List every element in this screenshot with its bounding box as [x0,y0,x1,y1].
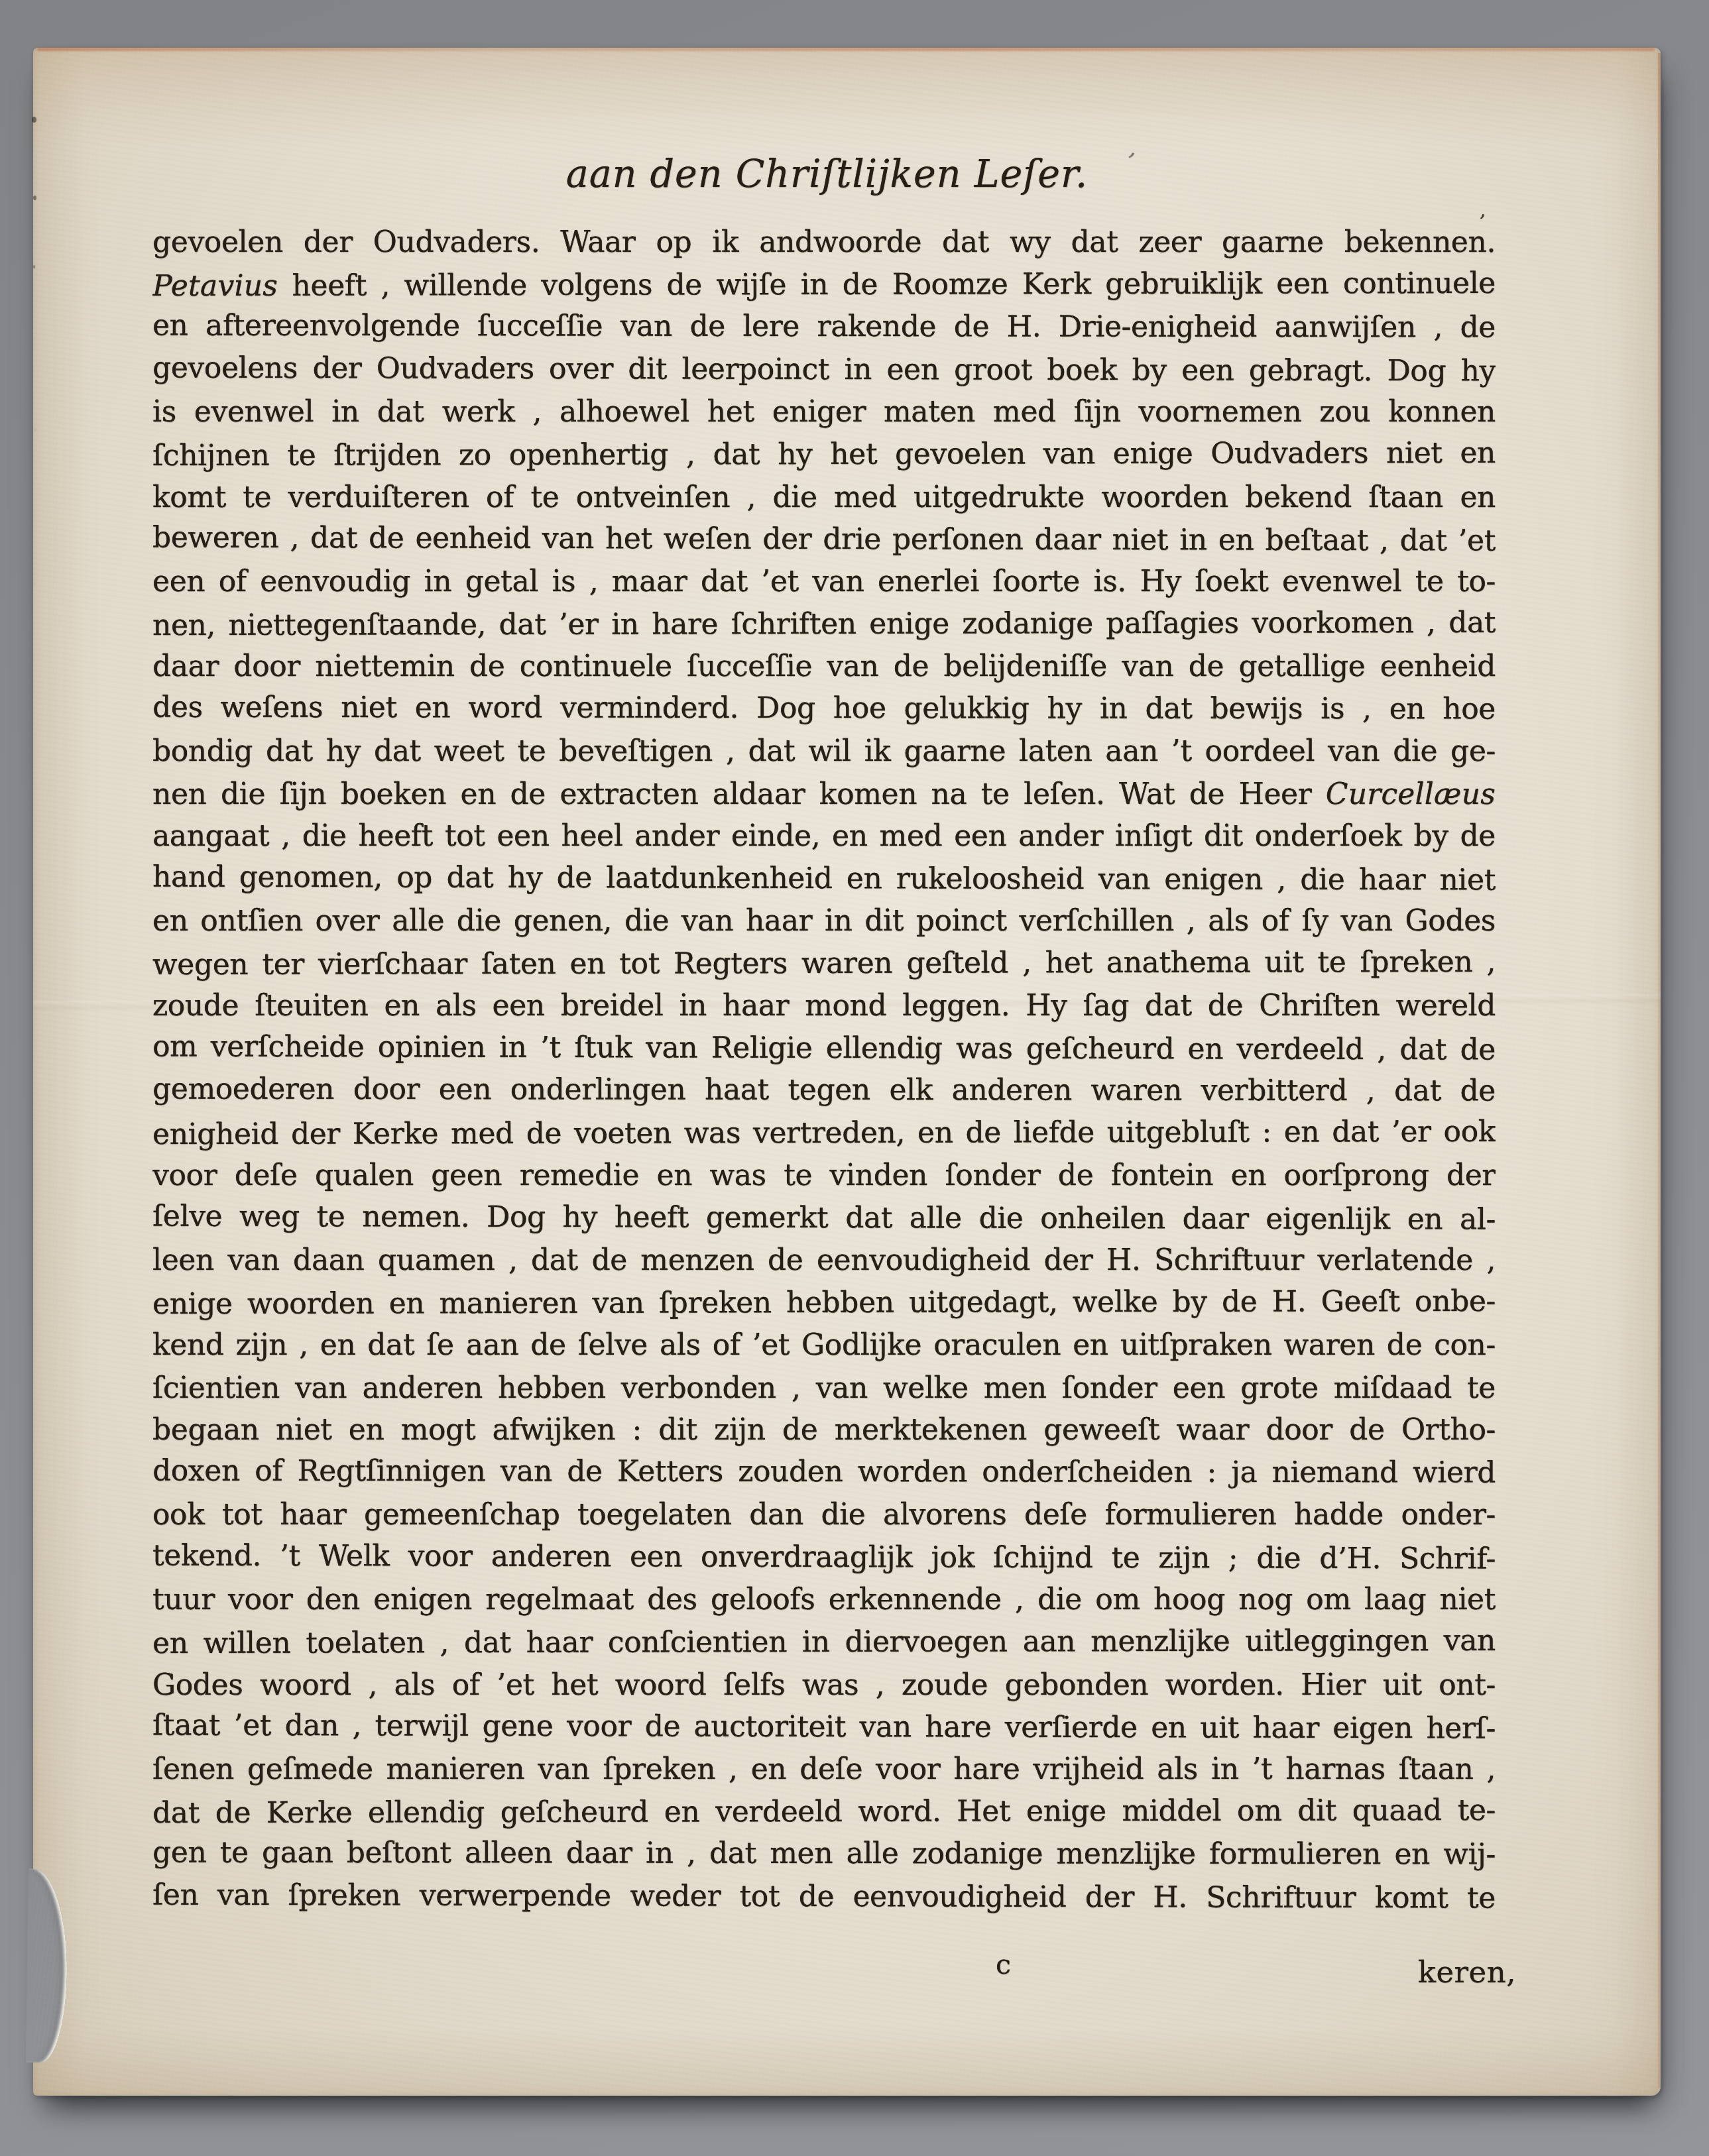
text-line: nen, niettegenſtaande, dat ’er in hare ſ… [152,602,1496,647]
text-line: voor deſe qualen geen remedie en was te … [152,1155,1496,1197]
text-block: gevoelen der Oudvaders. Waar op ik andwo… [152,221,1496,1918]
book-page: aan den Chriſtlijken Leſer.’ gevoelen de… [33,48,1661,2096]
page-footer: c keren, [33,1941,1661,1987]
text-line: bondig dat hy dat weet te beveſtigen , d… [152,730,1496,773]
text-line: ſelve weg te nemen. Dog hy heeft gemerkt… [152,1196,1496,1241]
text-line: kend zijn , en dat ſe aan de ſelve als o… [152,1324,1496,1367]
header-ink-speck: ’ [1124,148,1137,175]
text-line: gevoelens der Oudvaders over dit leerpoi… [152,347,1496,393]
text-line: gevoelen der Oudvaders. Waar op ik andwo… [152,221,1496,264]
header-title: aan den Chriſtlijken Leſer. [566,152,1088,196]
text-line: nen die ſijn boeken en de extracten alda… [152,773,1496,816]
text-line: een of eenvoudig in getal is , maar dat … [152,561,1496,603]
running-header: aan den Chriſtlijken Leſer.’ [13,152,1641,196]
text-line: ook tot haar gemeenſchap toegelaten dan … [152,1494,1496,1536]
text-line: enige woorden en manieren van ſpreken he… [152,1280,1496,1326]
text-line: zoude ſteuiten en als een breidel in haa… [152,985,1496,1027]
text-line: gemoederen door een onderlingen haat teg… [152,1068,1496,1113]
text-line: gen te gaan beſtont alleen daar in , dat… [152,1832,1496,1876]
text-line: en aftereenvolgende ſucceſſie van de ler… [152,305,1496,349]
text-line: leen van daan quamen , dat de menzen de … [152,1239,1496,1282]
red-sprinkled-top-edge [37,48,1655,51]
text-line: en ontſien over alle die genen, die van … [152,900,1496,942]
text-line: beweren , dat de eenheid van het weſen d… [152,517,1496,563]
left-edge-ink-specks [32,117,36,123]
text-line: aangaat , die heeft tot een heel ander e… [152,815,1496,858]
text-line: ſenen geſmede manieren van ſpreken , en … [152,1748,1496,1791]
text-line: ſcientien van anderen hebben verbonden ,… [152,1367,1496,1410]
text-line: ſen van ſpreken verwerpende weder tot de… [152,1874,1496,1920]
text-line: des weſens niet en word verminderd. Dog … [152,687,1496,731]
text-line: en willen toelaten , dat haar conſcienti… [152,1620,1496,1665]
text-line: ſchijnen te ſtrijden zo openhertig , dat… [152,432,1496,477]
red-sprinkled-right-edge [1658,53,1661,2088]
text-line: om verſcheide opinien in ’t ſtuk van Rel… [152,1026,1496,1072]
text-line: komt te verduiſteren of te ontveinſen , … [152,477,1496,519]
text-line: tuur voor den enigen regelmaat des geloo… [152,1579,1496,1621]
text-line: dat de Kerke ellendig geſcheurd en verde… [152,1789,1496,1835]
text-line: ſtaat ’et dan , terwijl gene voor de auc… [152,1705,1496,1750]
text-line: is evenwel in dat werk , alhoewel het en… [152,391,1496,433]
text-line: daar door niettemin de continuele ſucceſ… [152,646,1496,688]
signature-mark: c [996,1943,1011,1986]
text-line: begaan niet en mogt afwijken : dit zijn … [152,1409,1496,1451]
text-line: doxen of Regtſinnigen van de Ketters zou… [152,1450,1496,1495]
text-line: hand genomen, op dat hy de laatdunkenhei… [152,856,1496,902]
scan-backdrop: aan den Chriſtlijken Leſer.’ gevoelen de… [0,0,1709,2156]
torn-left-edge [26,1869,68,2063]
text-line: enigheid der Kerke med de voeten was ver… [152,1111,1496,1156]
catchword: keren, [1418,1951,1516,1994]
text-line: tekend. ’t Welk voor anderen een onverdr… [152,1535,1496,1581]
text-line: wegen ter vierſchaar ſaten en tot Regter… [152,941,1496,986]
text-line: Godes woord , als of ’et het woord ſelfs… [152,1664,1496,1707]
text-line: Petavius heeft , willende volgens de wij… [152,262,1496,308]
